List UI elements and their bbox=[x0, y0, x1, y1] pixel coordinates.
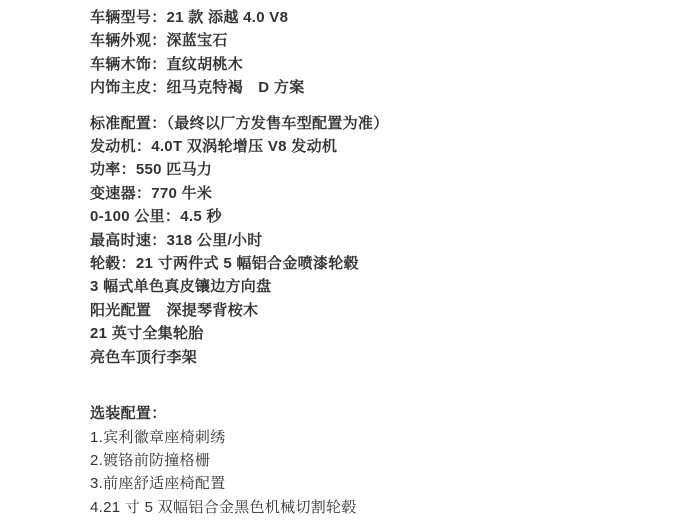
spec-line-sunshine-package: 阳光配置 深提琴背桉木 bbox=[90, 299, 690, 322]
spec-line-torque: 变速器：770 牛米 bbox=[90, 182, 690, 205]
optional-item-seats: 3.前座舒适座椅配置 bbox=[90, 472, 690, 495]
optional-item-wheels: 4.21 寸 5 双幅铝合金黑色机械切割轮毂 bbox=[90, 496, 690, 519]
standard-config-section: 标准配置：（最终以厂方发售车型配置为准） 发动机：4.0T 双涡轮增压 V8 发… bbox=[90, 112, 690, 369]
standard-config-header: 标准配置：（最终以厂方发售车型配置为准） bbox=[90, 112, 690, 135]
optional-item-embroidery: 1.宾利徽章座椅刺绣 bbox=[90, 426, 690, 449]
spec-line-steering-wheel: 3 幅式单色真皮镶边方向盘 bbox=[90, 275, 690, 298]
optional-config-section: 选装配置： 1.宾利徽章座椅刺绣 2.镀铬前防撞格栅 3.前座舒适座椅配置 4.… bbox=[90, 402, 690, 519]
spec-document: 车辆型号：21 款 添越 4.0 V8 车辆外观：深蓝宝石 车辆木饰：直纹胡桃木… bbox=[0, 0, 700, 519]
spec-line-roof-rack: 亮色车顶行李架 bbox=[90, 346, 690, 369]
spec-line-veneer: 车辆木饰：直纹胡桃木 bbox=[90, 53, 690, 76]
spec-line-top-speed: 最高时速：318 公里/小时 bbox=[90, 229, 690, 252]
spec-line-exterior: 车辆外观：深蓝宝石 bbox=[90, 29, 690, 52]
spec-line-engine: 发动机：4.0T 双涡轮增压 V8 发动机 bbox=[90, 135, 690, 158]
spec-line-power: 功率：550 匹马力 bbox=[90, 158, 690, 181]
optional-item-grille: 2.镀铬前防撞格栅 bbox=[90, 449, 690, 472]
optional-config-header: 选装配置： bbox=[90, 402, 690, 425]
spec-line-wheels: 轮毂：21 寸两件式 5 幅铝合金喷漆轮毂 bbox=[90, 252, 690, 275]
spec-line-acceleration: 0-100 公里：4.5 秒 bbox=[90, 205, 690, 228]
spec-line-tires: 21 英寸全集轮胎 bbox=[90, 322, 690, 345]
vehicle-info-section: 车辆型号：21 款 添越 4.0 V8 车辆外观：深蓝宝石 车辆木饰：直纹胡桃木… bbox=[90, 6, 690, 100]
spec-line-model: 车辆型号：21 款 添越 4.0 V8 bbox=[90, 6, 690, 29]
spec-line-interior: 内饰主皮：纽马克特褐 D 方案 bbox=[90, 76, 690, 99]
